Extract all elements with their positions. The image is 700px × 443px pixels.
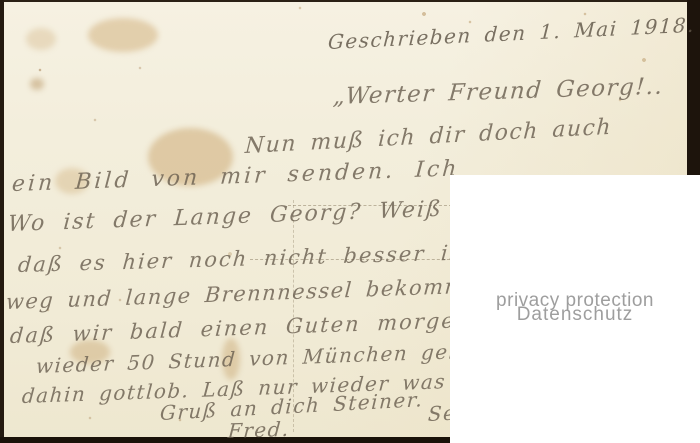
photo-edge-top bbox=[0, 0, 700, 2]
postcard-scan: Geschrieben den 1. Mai 1918. „Werter Fre… bbox=[0, 0, 700, 443]
stain bbox=[26, 28, 56, 50]
privacy-overlay: privacy protection Datenschutz bbox=[450, 175, 700, 443]
stain bbox=[88, 18, 158, 52]
stain bbox=[30, 78, 44, 90]
handwriting-signature: Fred. bbox=[227, 417, 291, 443]
privacy-overlay-text-de: Datenschutz bbox=[450, 305, 700, 324]
photo-edge-left bbox=[0, 0, 4, 443]
